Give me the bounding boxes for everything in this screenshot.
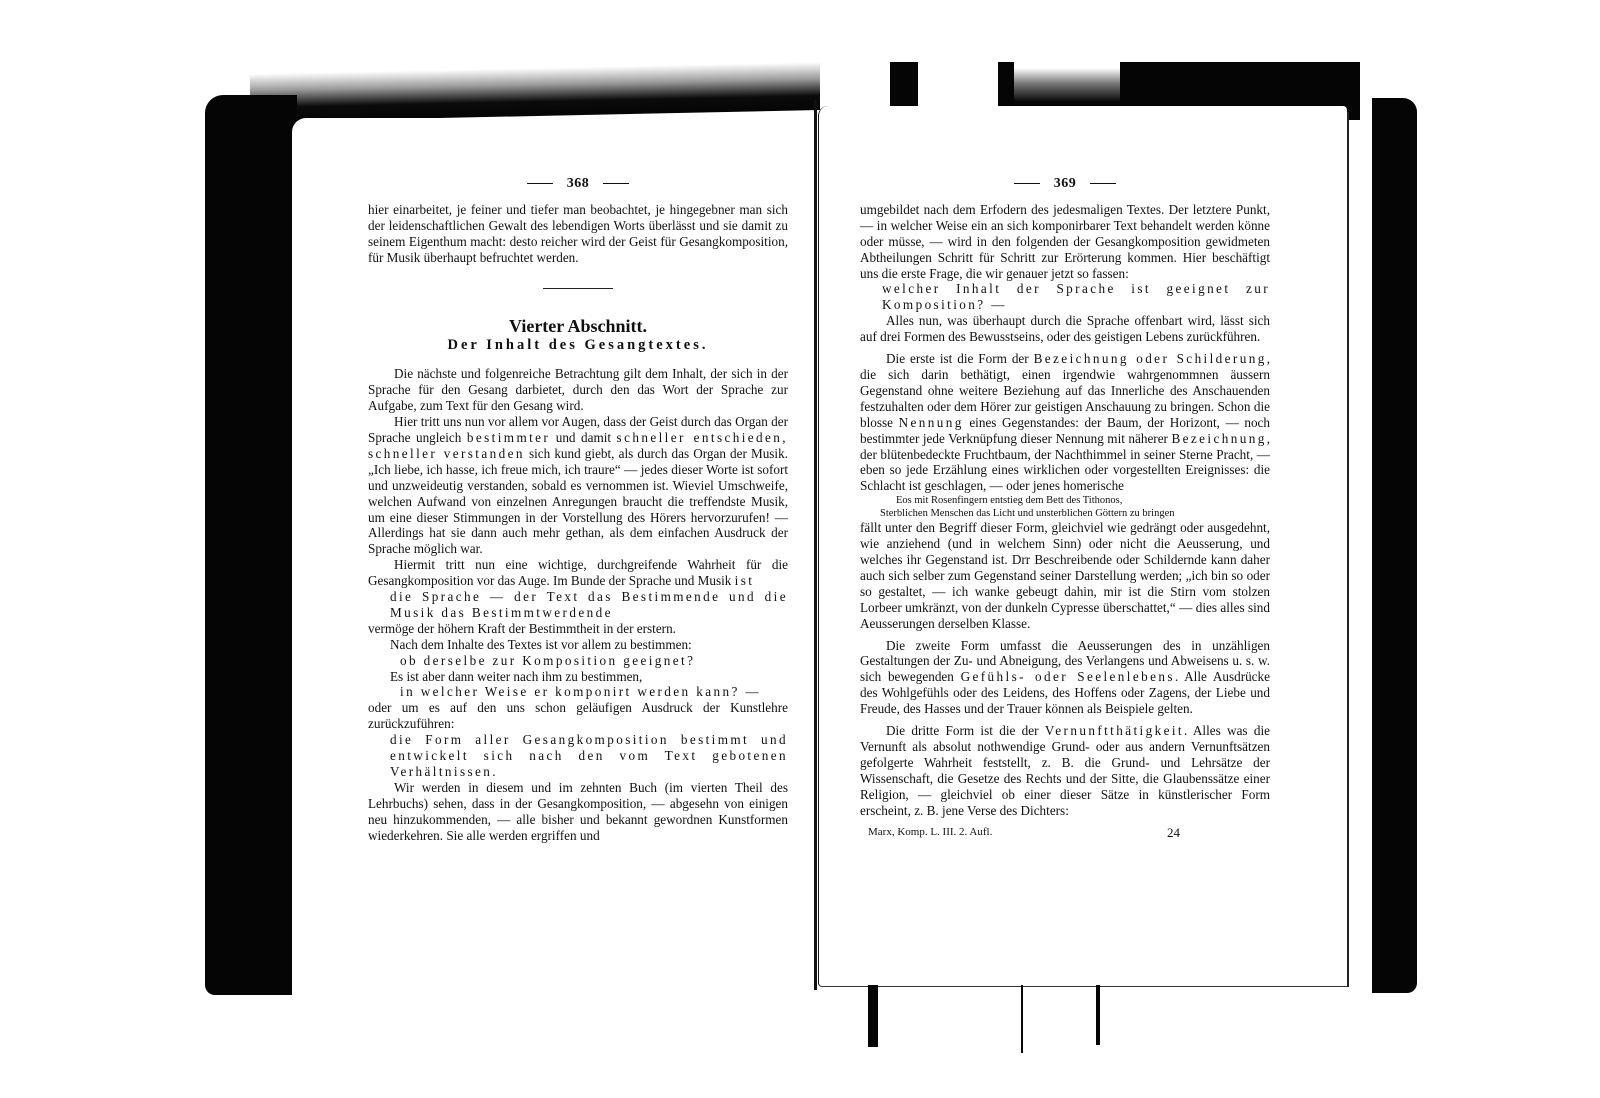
section-heading: Vierter Abschnitt. xyxy=(368,319,788,335)
right-page-text: 369 umgebildet nach dem Erfodern des jed… xyxy=(860,176,1270,840)
footer-signature-line: Marx, Komp. L. III. 2. Aufl. xyxy=(868,825,992,841)
left-page-text: 368 hier einarbeitet, je feiner und tief… xyxy=(368,176,788,844)
paragraph: Die nächste und folgenreiche Betrachtung… xyxy=(368,366,788,414)
scanned-book-spread: 368 hier einarbeitet, je feiner und tief… xyxy=(0,0,1600,1098)
page-number-left: 368 xyxy=(368,176,788,192)
section-divider xyxy=(543,288,613,289)
verse-line: Sterblichen Menschen das Licht und unste… xyxy=(880,507,1270,520)
bottom-page-tab xyxy=(1096,985,1100,1045)
question: ob derselbe zur Komposition geeignet? xyxy=(368,653,788,669)
thesis: die Sprache — der Text das Bestimmende u… xyxy=(368,589,788,621)
sheet-number: 24 xyxy=(1167,825,1180,841)
paragraph: vermöge der höhern Kraft der Bestimmthei… xyxy=(368,621,788,637)
verse-quotation: Eos mit Rosenfingern entstieg dem Bett d… xyxy=(860,494,1270,520)
question: welcher Inhalt der Sprache ist geeignet … xyxy=(860,281,1270,313)
page-footer: Marx, Komp. L. III. 2. Aufl. 24 xyxy=(860,819,1270,841)
paragraph: Alles nun, was überhaupt durch die Sprac… xyxy=(860,313,1270,345)
thesis: die Form aller Gesangkomposition bestimm… xyxy=(368,732,788,780)
book-top-edge-left xyxy=(250,62,820,122)
paragraph: Wir werden in diesem und im zehnten Buch… xyxy=(368,780,788,844)
paragraph: oder um es auf den uns schon geläufigen … xyxy=(368,700,788,732)
paragraph: Hier tritt uns nun vor allem vor Augen, … xyxy=(368,414,788,557)
verse-line: Eos mit Rosenfingern entstieg dem Bett d… xyxy=(880,494,1270,507)
book-right-edge xyxy=(1372,98,1417,993)
bottom-page-tab xyxy=(868,985,878,1047)
page-edge-line xyxy=(1347,112,1349,987)
paragraph: Die dritte Form ist die der Vernunftthät… xyxy=(860,723,1270,818)
book-left-edge xyxy=(205,95,297,995)
bottom-page-tab xyxy=(1021,985,1023,1053)
paragraph: Hiermit tritt nun eine wichtige, durchgr… xyxy=(368,557,788,589)
paragraph: hier einarbeitet, je feiner und tiefer m… xyxy=(368,202,788,266)
section-subheading: Der Inhalt des Gesangtextes. xyxy=(368,338,788,354)
page-number-right: 369 xyxy=(860,176,1270,192)
paragraph: Es ist aber dann weiter nach ihm zu best… xyxy=(368,669,788,685)
paragraph: Die zweite Form umfasst die Aeusserungen… xyxy=(860,638,1270,718)
paragraph: Die erste ist die Form der Bezeichnung o… xyxy=(860,351,1270,494)
paragraph: umgebildet nach dem Erfodern des jedesma… xyxy=(860,202,1270,282)
book-gutter xyxy=(814,100,817,990)
paragraph: Nach dem Inhalte des Textes ist vor alle… xyxy=(368,637,788,653)
paragraph: fällt unter den Begriff dieser Form, gle… xyxy=(860,520,1270,631)
question: in welcher Weise er komponirt werden kan… xyxy=(368,684,788,700)
